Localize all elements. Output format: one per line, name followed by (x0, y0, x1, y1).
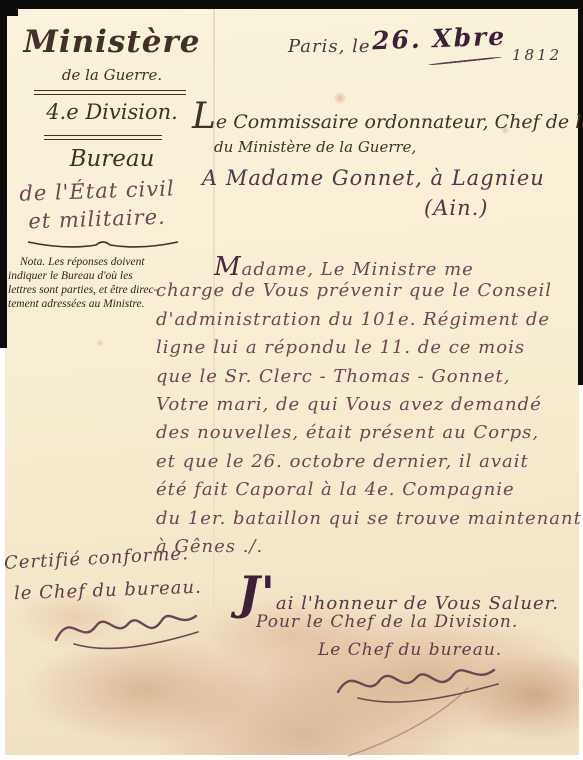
divider-rule (34, 90, 186, 95)
scan-edge-left (0, 0, 7, 348)
letter-body: Madame, Le Ministre me charge de Vous pr… (156, 252, 580, 564)
scan-edge-top (0, 0, 583, 9)
scanned-letter: Ministère de la Guerre. 4.e Division. Bu… (0, 0, 583, 760)
brace-ornament-icon (26, 238, 180, 252)
recipient-department: (Ain.) (424, 196, 488, 220)
closing-authority: Pour le Chef de la Division. (256, 612, 518, 632)
body-line: à Gênes ./. (156, 536, 580, 564)
closing-signatory-title: Le Chef du bureau. (318, 640, 502, 660)
letterhead-department: de la Guerre. (22, 66, 202, 84)
sender-title-line: du Ministère de la Guerre, (214, 138, 416, 156)
dateline-date: 26. Xbre (372, 22, 507, 56)
letterhead-bureau: Bureau (22, 146, 202, 172)
signature-chef-bureau-icon (48, 602, 208, 657)
body-line: d'administration du 101e. Régiment de (156, 309, 580, 337)
body-line: du 1er. bataillon qui se trouve maintena… (156, 508, 580, 536)
letterhead-division: 4.e Division. (22, 100, 202, 124)
signature-scribble-icon (318, 658, 518, 758)
body-line: et que le 26. octobre dernier, il avait (156, 451, 580, 479)
sender-title-line: Le Commissaire ordonnateur, Chef de la 4… (192, 96, 583, 137)
body-line: été fait Caporal à la 4e. Compagnie (156, 479, 580, 507)
body-line: des nouvelles, était présent au Corps, (156, 422, 580, 450)
divider-rule (44, 135, 162, 140)
body-line: que le Sr. Clerc - Thomas - Gonnet, (156, 366, 580, 394)
body-line: Votre mari, de qui Vous avez demandé (156, 394, 580, 422)
recipient-address: A Madame Gonnet, à Lagnieu (202, 166, 545, 190)
body-line: Madame, Le Ministre me (156, 252, 580, 280)
body-line: ligne lui a répondu le 11. de ce mois (156, 337, 580, 365)
dateline-place: Paris, le (288, 36, 371, 57)
letterhead-ministry: Ministère (22, 24, 202, 60)
dateline-year: 1812 (512, 46, 562, 64)
body-line: charge de Vous prévenir que le Conseil (156, 280, 580, 308)
